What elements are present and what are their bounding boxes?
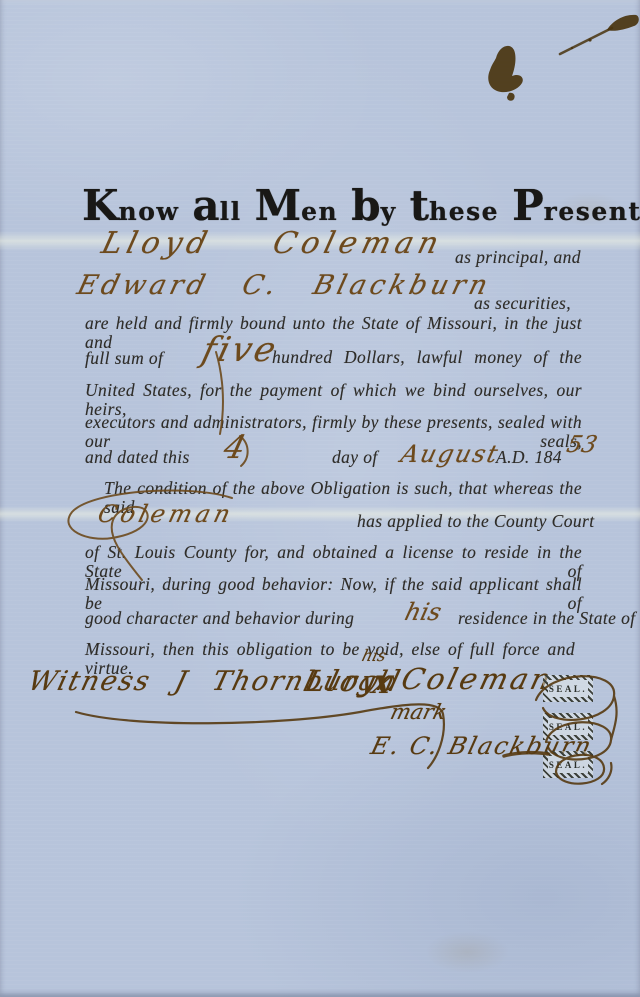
body-dated-mid: day of [332, 447, 378, 468]
body-sum-pre: full sum of [85, 348, 163, 369]
securities-label: as securities, [474, 293, 571, 314]
his-label: his [360, 646, 388, 665]
principal-label: as principal, and [455, 247, 581, 268]
heading-word: all [192, 181, 241, 230]
handwritten-securities-name: Edward C. Blackburn [74, 270, 495, 301]
heading-word: Men [255, 181, 339, 230]
heading-word: these [410, 181, 499, 230]
heading-word: by [351, 181, 396, 230]
document-heading: Know all Men by these Presents, That We. [82, 181, 640, 230]
seal-stamp: SEAL. [543, 713, 593, 740]
ink-blot-droplet [507, 93, 515, 101]
heading-word: Presents, [512, 181, 640, 230]
document-page: Know all Men by these Presents, That We.… [0, 0, 640, 997]
ink-streak [560, 28, 612, 54]
body-line-executors: executors and administrators, firmly by … [85, 413, 582, 452]
seal-stamp: SEAL. [543, 751, 593, 778]
body-character-pre: good character and behavior during [85, 608, 354, 629]
ink-speck [571, 47, 573, 49]
ink-speck [588, 38, 591, 41]
seal-label: SEAL. [549, 760, 587, 770]
seal-label: SEAL. [549, 722, 587, 732]
handwritten-month: August [398, 440, 503, 468]
ink-streak-blob [607, 15, 639, 31]
body-dated-pre: and dated this [85, 447, 190, 468]
handwritten-principal-name: Lloyd Coleman [98, 226, 447, 261]
handwritten-pronoun: his [402, 598, 444, 626]
body-dated-post: A.D. 184 [496, 447, 562, 468]
mark-label: mark [388, 700, 449, 724]
handwritten-condition-name: Coleman [95, 500, 237, 528]
body-character-post: residence in the State of [458, 608, 636, 629]
seal-label: SEAL. [549, 684, 587, 694]
body-sum-post: hundred Dollars, lawful money of the [272, 348, 582, 367]
ink-flourish-loop-connector [602, 696, 617, 784]
principal-signature-last: Coleman [398, 662, 557, 696]
handwritten-sum-amount: five [198, 330, 283, 370]
seal-stamp: SEAL. [543, 675, 593, 702]
heading-word: Know [82, 181, 179, 230]
body-line-applied: has applied to the County Court [357, 511, 594, 532]
handwritten-year: 53 [564, 432, 600, 458]
ink-blot [488, 46, 523, 92]
